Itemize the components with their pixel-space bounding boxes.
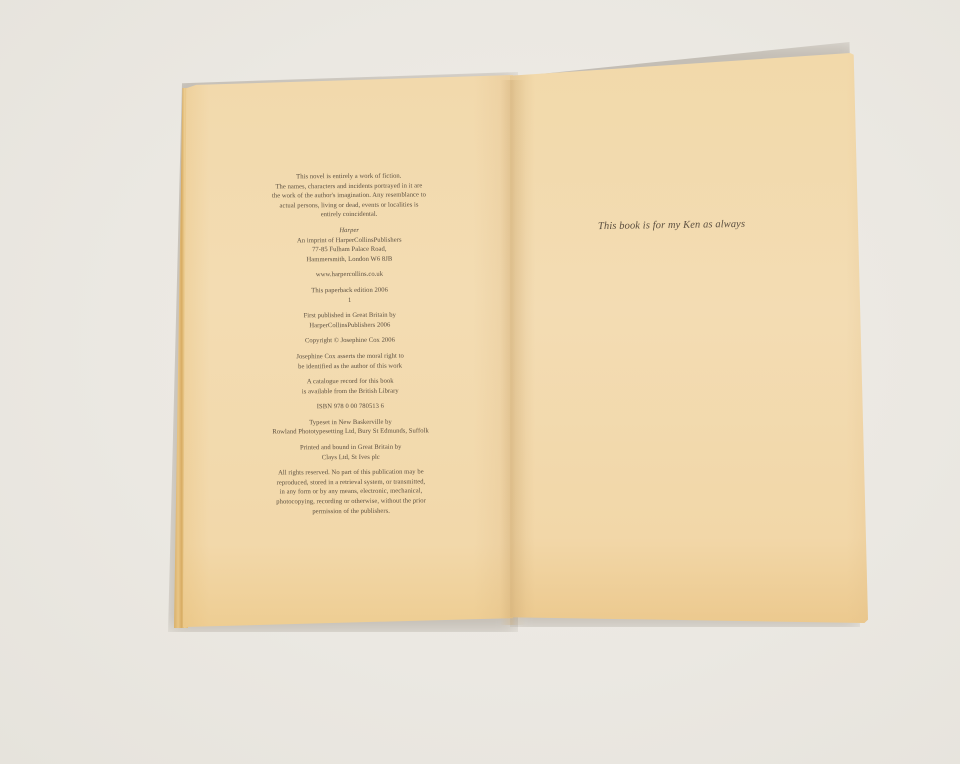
text-line: 1: [348, 297, 351, 304]
text-line: A catalogue record for this book: [307, 378, 394, 386]
isbn-text: ISBN 978 0 00 780513 6: [317, 403, 384, 410]
text-line: The names, characters and incidents port…: [275, 182, 422, 190]
photo-scene: This novel is entirely a work of fiction…: [0, 0, 960, 764]
fiction-notice: This novel is entirely a work of fiction…: [234, 171, 464, 221]
dedication-text: This book is for my Ken as always: [598, 219, 745, 232]
text-line: reproduced, stored in a retrieval system…: [277, 478, 426, 486]
printer-info: Printed and bound in Great Britain by Cl…: [236, 442, 466, 463]
text-line: is available from the British Library: [302, 387, 399, 395]
copyright-text-block: This novel is entirely a work of fiction…: [234, 171, 466, 523]
imprint-info: Harper An imprint of HarperCollinsPublis…: [234, 225, 464, 265]
text-line: Typeset in New Baskerville by: [309, 419, 392, 427]
text-line: actual persons, living or dead, events o…: [279, 201, 418, 209]
text-line: Rowland Phototypesetting Ltd, Bury St Ed…: [272, 428, 428, 436]
moral-right-notice: Josephine Cox asserts the moral right to…: [235, 351, 465, 372]
text-line: photocopying, recording or otherwise, wi…: [276, 498, 426, 506]
copyright-line: Copyright © Josephine Cox 2006: [235, 336, 465, 347]
text-line: entirely coincidental.: [321, 211, 378, 218]
text-line: HarperCollinsPublishers 2006: [309, 321, 390, 329]
dedication-page: [510, 53, 868, 623]
website-text: www.harpercollins.co.uk: [316, 271, 383, 278]
text-line: be identified as the author of this work: [298, 362, 402, 370]
text-line: Printed and bound in Great Britain by: [300, 444, 402, 452]
first-published-info: First published in Great Britain by Harp…: [235, 310, 465, 331]
text-line: This novel is entirely a work of fiction…: [296, 173, 401, 181]
isbn-line: ISBN 978 0 00 780513 6: [235, 401, 465, 412]
text-line: Clays Ltd, St Ives plc: [322, 453, 380, 460]
text-line: First published in Great Britain by: [304, 312, 396, 320]
rights-notice: All rights reserved. No part of this pub…: [236, 467, 466, 517]
text-line: All rights reserved. No part of this pub…: [278, 469, 424, 477]
text-line: 77-85 Fulham Palace Road,: [312, 246, 387, 254]
text-line: This paperback edition 2006: [311, 287, 388, 295]
catalogue-notice: A catalogue record for this book is avai…: [235, 376, 465, 397]
typeset-info: Typeset in New Baskerville by Rowland Ph…: [235, 417, 465, 438]
text-line: in any form or by any means, electronic,…: [280, 488, 423, 496]
copyright-text: Copyright © Josephine Cox 2006: [305, 337, 395, 345]
text-line: the work of the author's imagination. An…: [272, 192, 426, 200]
text-line: Josephine Cox asserts the moral right to: [296, 353, 404, 361]
imprint-name: Harper: [339, 227, 359, 234]
text-line: permission of the publishers.: [312, 507, 390, 515]
publisher-website: www.harpercollins.co.uk: [234, 270, 464, 281]
text-line: Hammersmith, London W6 8JB: [306, 255, 392, 263]
edition-info: This paperback edition 2006 1: [235, 285, 465, 306]
text-line: An imprint of HarperCollinsPublishers: [297, 236, 402, 244]
